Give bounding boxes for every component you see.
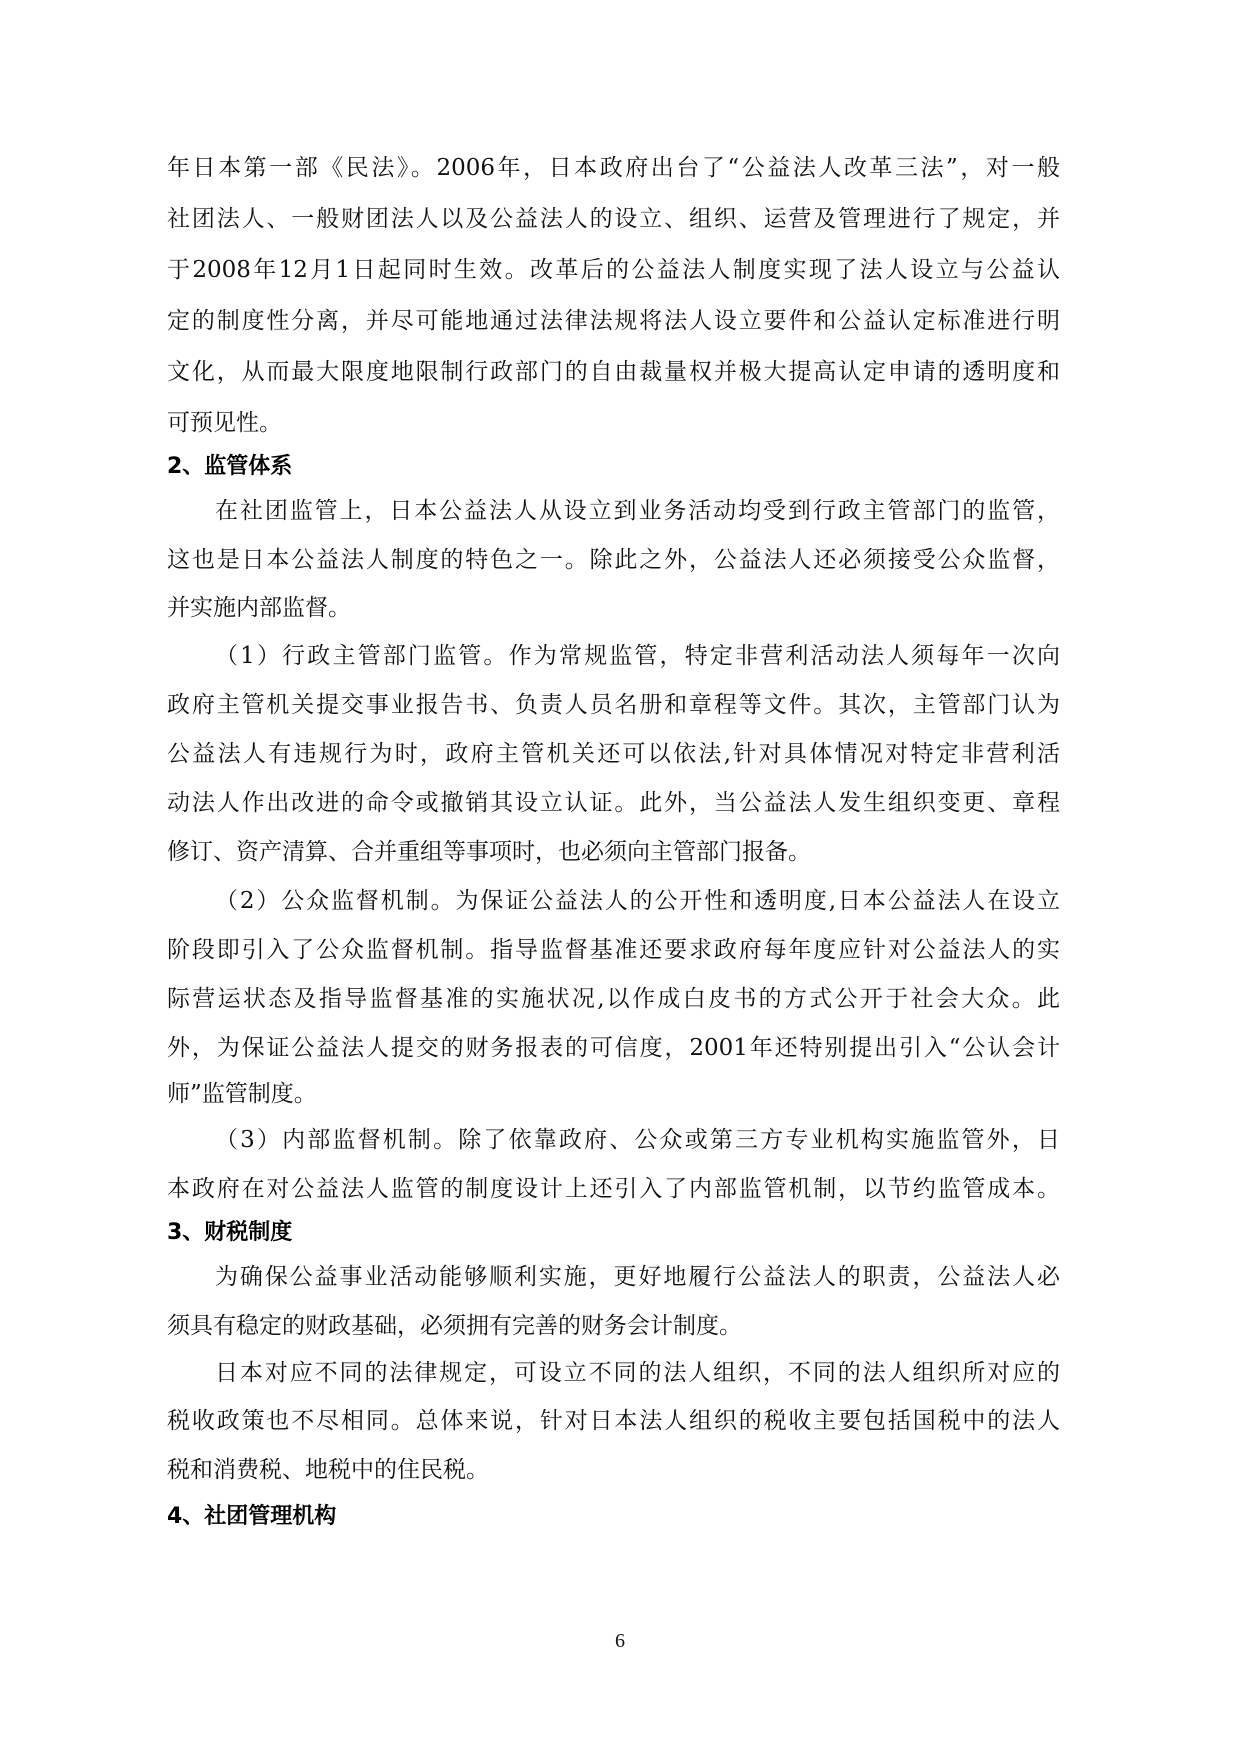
paragraph-line: （3）内部监督机制。除了依靠政府、公众或第三方专业机构实施监管外，日 [215,1125,1060,1155]
paragraph-line: 税收政策也不尽相同。总体来说，针对日本法人组织的税收主要包括国税中的法人 [167,1406,1060,1436]
paragraph-line: 可预见性。 [167,408,1060,438]
paragraph-line: 外，为保证公益法人提交的财务报表的可信度，2001年还特别提出引入“公认会计 [167,1033,1060,1063]
paragraph-line: 际营运状态及指导监督基准的实施状况,以作成白皮书的方式公开于社会大众。此 [167,984,1060,1014]
paragraph-line: 阶段即引入了公众监督机制。指导监督基准还要求政府每年度应针对公益法人的实 [167,935,1060,965]
paragraph-line: 政府主管机关提交事业报告书、负责人员名册和章程等文件。其次，主管部门认为 [167,690,1060,720]
paragraph-line: 定的制度性分离，并尽可能地通过法律法规将法人设立要件和公益认定标准进行明 [167,306,1060,336]
paragraph-line: 日本对应不同的法律规定，可设立不同的法人组织，不同的法人组织所对应的 [215,1358,1060,1388]
section-heading-finance-tax-system: 3、财税制度 [167,1218,292,1248]
paragraph-line: 在社团监管上，日本公益法人从设立到业务活动均受到行政主管部门的监管， [215,496,1060,526]
document-page: 年日本第一部《民法》。2006年，日本政府出台了“公益法人改革三法”，对一般 社… [0,0,1240,1753]
page-number: 6 [600,1630,640,1653]
paragraph-line: 本政府在对公益法人监管的制度设计上还引入了内部监管机制，以节约监管成本。 [167,1174,1060,1204]
paragraph-line: 动法人作出改进的命令或撤销其设立认证。此外，当公益法人发生组织变更、章程 [167,788,1060,818]
section-heading-association-management-agency: 4、社团管理机构 [167,1502,336,1532]
paragraph-line: 年日本第一部《民法》。2006年，日本政府出台了“公益法人改革三法”，对一般 [167,153,1060,183]
paragraph-line: 于2008年12月1日起同时生效。改革后的公益法人制度实现了法人设立与公益认 [167,255,1060,285]
paragraph-line: （1）行政主管部门监管。作为常规监管，特定非营利活动法人须每年一次向 [215,641,1060,671]
paragraph-line: 须具有稳定的财政基础，必须拥有完善的财务会计制度。 [167,1311,1060,1341]
paragraph-line: 公益法人有违规行为时，政府主管机关还可以依法,针对具体情况对特定非营利活 [167,739,1060,769]
paragraph-line: 社团法人、一般财团法人以及公益法人的设立、组织、运营及管理进行了规定，并 [167,204,1060,234]
section-heading-supervision-system: 2、监管体系 [167,452,292,482]
paragraph-line: 税和消费税、地税中的住民税。 [167,1455,1060,1485]
paragraph-line: 文化，从而最大限度地限制行政部门的自由裁量权并极大提高认定申请的透明度和 [167,357,1060,387]
paragraph-line: （2）公众监督机制。为保证公益法人的公开性和透明度,日本公益法人在设立 [215,886,1060,916]
paragraph-line: 为确保公益事业活动能够顺利实施，更好地履行公益法人的职责，公益法人必 [215,1262,1060,1292]
paragraph-line: 师”监管制度。 [167,1079,1060,1109]
paragraph-line: 修订、资产清算、合并重组等事项时，也必须向主管部门报备。 [167,837,1060,867]
paragraph-line: 这也是日本公益法人制度的特色之一。除此之外，公益法人还必须接受公众监督， [167,545,1060,575]
paragraph-line: 并实施内部监督。 [167,593,1060,623]
